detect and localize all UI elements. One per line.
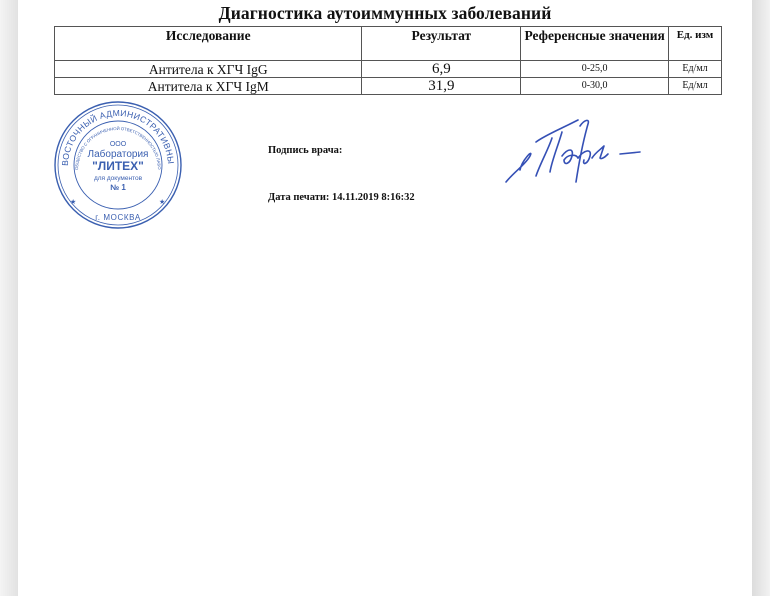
stamp-star-icon: ★ [159,198,165,206]
header-result: Результат [362,27,521,61]
table-row: Антитела к ХГЧ IgG 6,9 0-25,0 Ед/мл [55,61,722,78]
stamp-star-icon: ★ [70,198,76,206]
test-unit: Ед/мл [669,61,722,78]
table-row: Антитела к ХГЧ IgM 31,9 0-30,0 Ед/мл [55,78,722,95]
table-header-row: Исследование Результат Референсные значе… [55,27,722,61]
viewer-right-margin [752,0,770,596]
document-title: Диагностика аутоиммунных заболеваний [18,3,752,24]
print-date: Дата печати: 14.11.2019 8:16:32 [268,192,415,203]
test-name: Антитела к ХГЧ IgG [55,61,362,78]
header-unit: Ед. изм [669,27,722,61]
stamp-line1: ООО [110,141,127,148]
test-result: 31,9 [362,78,521,95]
laboratory-stamp: ВОСТОЧНЫЙ АДМИНИСТРАТИВНЫЙ ОКРУГ ОБЩЕСТВ… [52,100,184,230]
test-unit: Ед/мл [669,78,722,95]
results-table: Исследование Результат Референсные значе… [54,26,722,95]
stamp-city: г. МОСКВА [95,213,141,222]
viewer-left-margin [0,0,18,596]
stamp-line3: "ЛИТЕХ" [92,159,144,173]
signature-label: Подпись врача: [268,145,342,156]
test-reference: 0-25,0 [521,61,669,78]
test-reference: 0-30,0 [521,78,669,95]
test-result: 6,9 [362,61,521,78]
stamp-line4: для документов [94,175,143,182]
header-test: Исследование [55,27,362,61]
stamp-line5: № 1 [110,183,126,192]
doctor-signature [500,112,650,188]
document-page: Диагностика аутоиммунных заболеваний Исс… [18,0,752,596]
test-name: Антитела к ХГЧ IgM [55,78,362,95]
header-reference: Референсные значения [521,27,669,61]
